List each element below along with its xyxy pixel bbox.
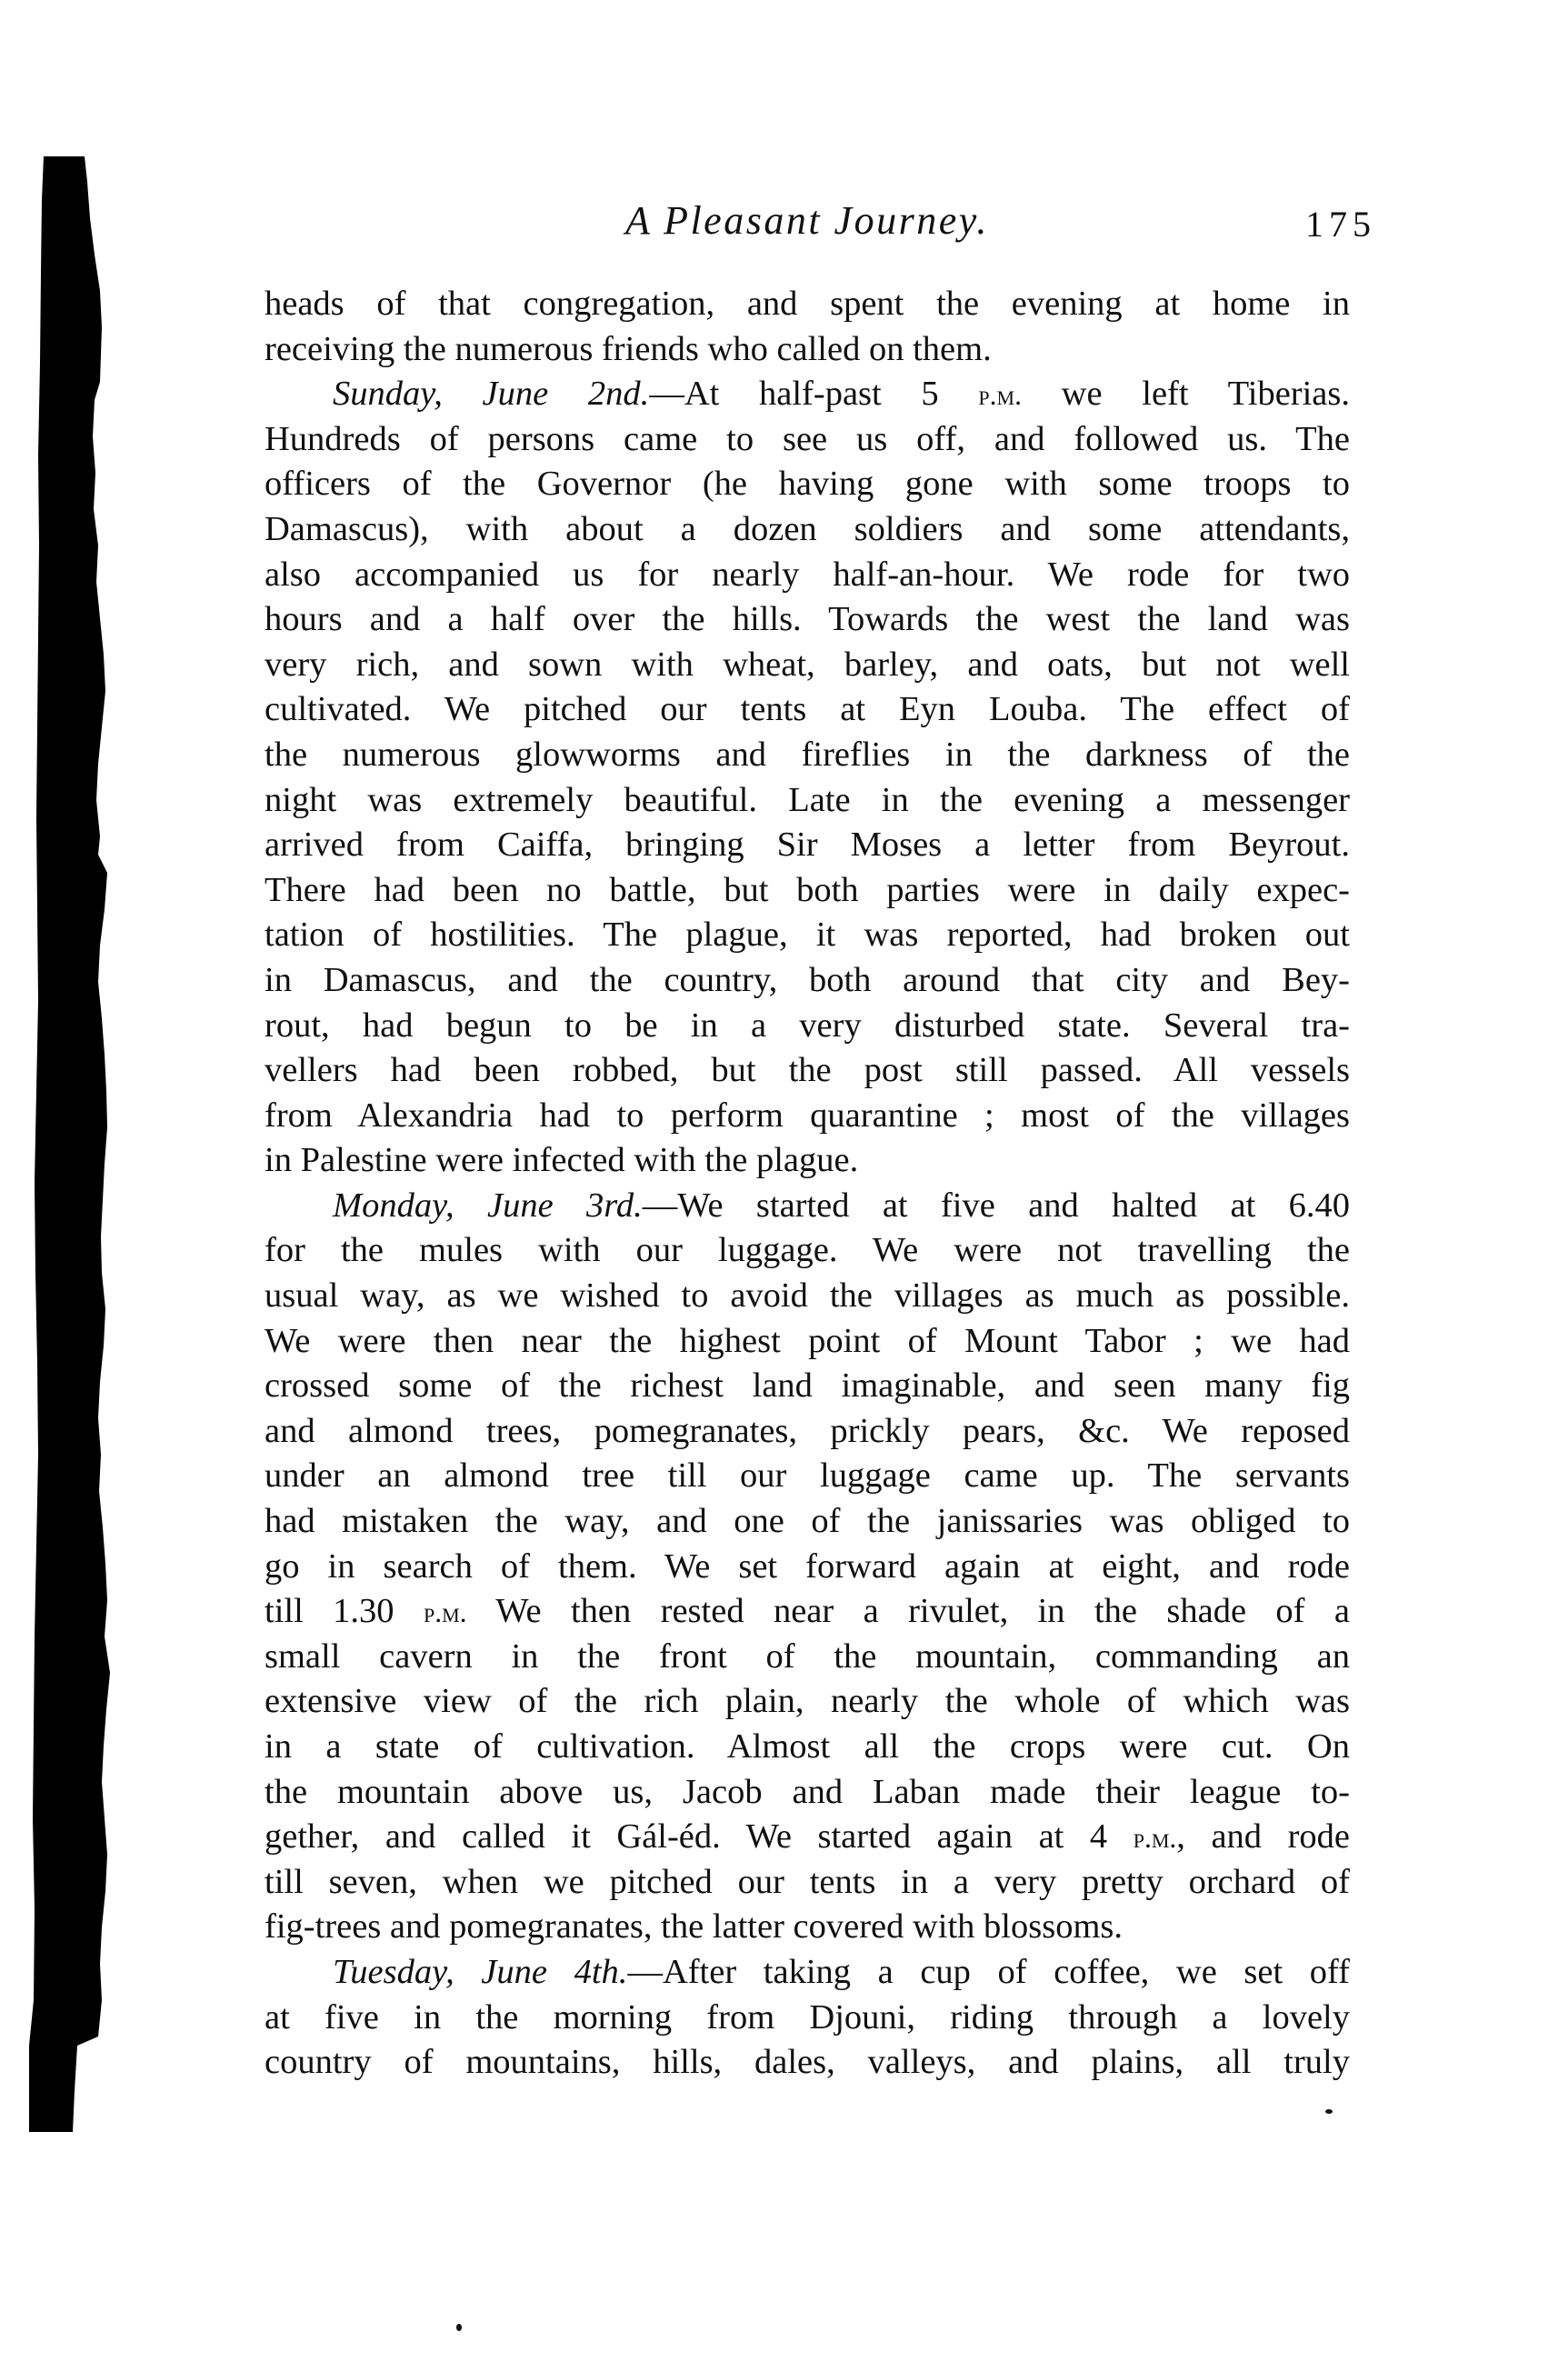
text-line: heads of that congregation, and spent th… bbox=[265, 282, 1350, 327]
text-line: tation of hostilities. The plague, it wa… bbox=[265, 913, 1350, 958]
text-line: night was extremely beautiful. Late in t… bbox=[265, 778, 1350, 824]
text-run: country of mountains, hills, dales, vall… bbox=[265, 2043, 1350, 2081]
text-line: There had been no battle, but both parti… bbox=[265, 868, 1350, 914]
text-run: rout, had begun to be in a very disturbe… bbox=[265, 1006, 1350, 1045]
text-run: We then rested near a rivulet, in the sh… bbox=[467, 1592, 1350, 1630]
entry-date: Monday, June 3rd. bbox=[333, 1186, 643, 1225]
text-run: Damascus), with about a dozen soldiers a… bbox=[265, 510, 1350, 548]
text-run: cultivated. We pitched our tents at Eyn … bbox=[265, 690, 1350, 728]
text-line: arrived from Caiffa, bringing Sir Moses … bbox=[265, 823, 1350, 868]
text-run: very rich, and sown with wheat, barley, … bbox=[265, 646, 1350, 684]
text-line: also accompanied us for nearly half-an-h… bbox=[265, 553, 1350, 598]
text-run: in Palestine were infected with the plag… bbox=[265, 1141, 858, 1179]
text-line: crossed some of the richest land imagina… bbox=[265, 1364, 1350, 1409]
text-run: Hundreds of persons came to see us off, … bbox=[265, 420, 1350, 458]
text-line: officers of the Governor (he having gone… bbox=[265, 462, 1350, 507]
time-abbrev: p.m. bbox=[424, 1596, 467, 1628]
text-line: receiving the numerous friends who calle… bbox=[265, 327, 1350, 373]
text-line: in Damascus, and the country, both aroun… bbox=[265, 958, 1350, 1004]
text-run: till 1.30 bbox=[265, 1592, 424, 1630]
text-line: Hundreds of persons came to see us off, … bbox=[265, 417, 1350, 463]
running-head: A Pleasant Journey. bbox=[625, 198, 1025, 244]
text-run: extensive view of the rich plain, nearly… bbox=[265, 1682, 1350, 1720]
text-line: the mountain above us, Jacob and Laban m… bbox=[265, 1770, 1350, 1816]
body-text: heads of that congregation, and spent th… bbox=[265, 282, 1350, 2086]
text-line: in a state of cultivation. Almost all th… bbox=[265, 1725, 1350, 1770]
text-run: receiving the numerous friends who calle… bbox=[265, 330, 992, 368]
text-run: fig-trees and pomegranates, the latter c… bbox=[265, 1907, 1123, 1946]
text-run: tation of hostilities. The plague, it wa… bbox=[265, 916, 1350, 954]
text-line: fig-trees and pomegranates, the latter c… bbox=[265, 1905, 1350, 1950]
text-line: vellers had been robbed, but the post st… bbox=[265, 1048, 1350, 1094]
entry-date: Sunday, June 2nd. bbox=[333, 375, 649, 413]
text-line: from Alexandria had to perform quarantin… bbox=[265, 1094, 1350, 1139]
text-line: usual way, as we wished to avoid the vil… bbox=[265, 1274, 1350, 1319]
text-run: and almond trees, pomegranates, prickly … bbox=[265, 1412, 1350, 1450]
text-run: —After taking a cup of coffee, we set of… bbox=[627, 1953, 1350, 1991]
text-run: under an almond tree till our luggage ca… bbox=[265, 1456, 1350, 1495]
book-page: A Pleasant Journey. 175 heads of that co… bbox=[0, 0, 1568, 2372]
text-run: in Damascus, and the country, both aroun… bbox=[265, 961, 1350, 999]
text-run: We were then near the highest point of M… bbox=[265, 1322, 1350, 1360]
text-line: country of mountains, hills, dales, vall… bbox=[265, 2040, 1350, 2086]
time-abbrev: p.m. bbox=[978, 379, 1022, 411]
text-line: in Palestine were infected with the plag… bbox=[265, 1138, 1350, 1184]
text-run: the mountain above us, Jacob and Laban m… bbox=[265, 1773, 1350, 1811]
text-line: Damascus), with about a dozen soldiers a… bbox=[265, 507, 1350, 553]
text-run: crossed some of the richest land imagina… bbox=[265, 1366, 1350, 1405]
time-abbrev: p.m. bbox=[1134, 1822, 1177, 1854]
text-run: officers of the Governor (he having gone… bbox=[265, 465, 1350, 503]
text-run: the numerous glowworms and fireflies in … bbox=[265, 736, 1350, 774]
text-run: heads of that congregation, and spent th… bbox=[265, 285, 1350, 323]
text-line: gether, and called it Gál-éd. We started… bbox=[265, 1815, 1350, 1860]
ink-speck bbox=[456, 2324, 462, 2331]
text-line: We were then near the highest point of M… bbox=[265, 1319, 1350, 1365]
text-line: till seven, when we pitched our tents in… bbox=[265, 1860, 1350, 1906]
text-run: till seven, when we pitched our tents in… bbox=[265, 1863, 1350, 1901]
text-run: arrived from Caiffa, bringing Sir Moses … bbox=[265, 826, 1350, 864]
text-run: go in search of them. We set forward aga… bbox=[265, 1547, 1350, 1586]
text-run: we left Tiberias. bbox=[1022, 375, 1350, 413]
text-line: very rich, and sown with wheat, barley, … bbox=[265, 643, 1350, 688]
text-line: small cavern in the front of the mountai… bbox=[265, 1635, 1350, 1680]
text-line: till 1.30 p.m. We then rested near a riv… bbox=[265, 1589, 1350, 1635]
text-run: for the mules with our luggage. We were … bbox=[265, 1231, 1350, 1269]
page-number: 175 bbox=[1305, 202, 1376, 247]
ink-speck bbox=[1325, 2109, 1333, 2114]
binding-shadow-edge bbox=[0, 0, 127, 2372]
text-line: at five in the morning from Djouni, ridi… bbox=[265, 1996, 1350, 2041]
text-run: usual way, as we wished to avoid the vil… bbox=[265, 1276, 1350, 1315]
text-run: There had been no battle, but both parti… bbox=[265, 871, 1350, 909]
text-line: Sunday, June 2nd.—At half-past 5 p.m. we… bbox=[265, 372, 1350, 417]
text-line: and almond trees, pomegranates, prickly … bbox=[265, 1409, 1350, 1455]
text-line: extensive view of the rich plain, nearly… bbox=[265, 1679, 1350, 1725]
text-line: hours and a half over the hills. Towards… bbox=[265, 597, 1350, 643]
text-run: also accompanied us for nearly half-an-h… bbox=[265, 555, 1350, 594]
text-run: vellers had been robbed, but the post st… bbox=[265, 1051, 1350, 1089]
text-run: —At half-past 5 bbox=[649, 375, 978, 413]
text-line: Monday, June 3rd.—We started at five and… bbox=[265, 1184, 1350, 1229]
text-line: under an almond tree till our luggage ca… bbox=[265, 1454, 1350, 1499]
text-run: gether, and called it Gál-éd. We started… bbox=[265, 1817, 1134, 1856]
text-line: cultivated. We pitched our tents at Eyn … bbox=[265, 687, 1350, 733]
text-line: the numerous glowworms and fireflies in … bbox=[265, 733, 1350, 778]
text-line: go in search of them. We set forward aga… bbox=[265, 1545, 1350, 1590]
text-run: had mistaken the way, and one of the jan… bbox=[265, 1502, 1350, 1540]
text-line: Tuesday, June 4th.—After taking a cup of… bbox=[265, 1950, 1350, 1996]
text-run: from Alexandria had to perform quarantin… bbox=[265, 1096, 1350, 1135]
text-run: at five in the morning from Djouni, ridi… bbox=[265, 1998, 1350, 2037]
text-line: rout, had begun to be in a very disturbe… bbox=[265, 1004, 1350, 1049]
text-run: night was extremely beautiful. Late in t… bbox=[265, 781, 1350, 819]
entry-date: Tuesday, June 4th. bbox=[333, 1953, 627, 1991]
text-run: , and rode bbox=[1176, 1817, 1350, 1856]
text-run: in a state of cultivation. Almost all th… bbox=[265, 1727, 1350, 1766]
text-run: small cavern in the front of the mountai… bbox=[265, 1637, 1350, 1676]
text-run: hours and a half over the hills. Towards… bbox=[265, 600, 1350, 638]
text-run: —We started at five and halted at 6.40 bbox=[643, 1186, 1350, 1225]
text-line: for the mules with our luggage. We were … bbox=[265, 1228, 1350, 1274]
text-line: had mistaken the way, and one of the jan… bbox=[265, 1499, 1350, 1545]
